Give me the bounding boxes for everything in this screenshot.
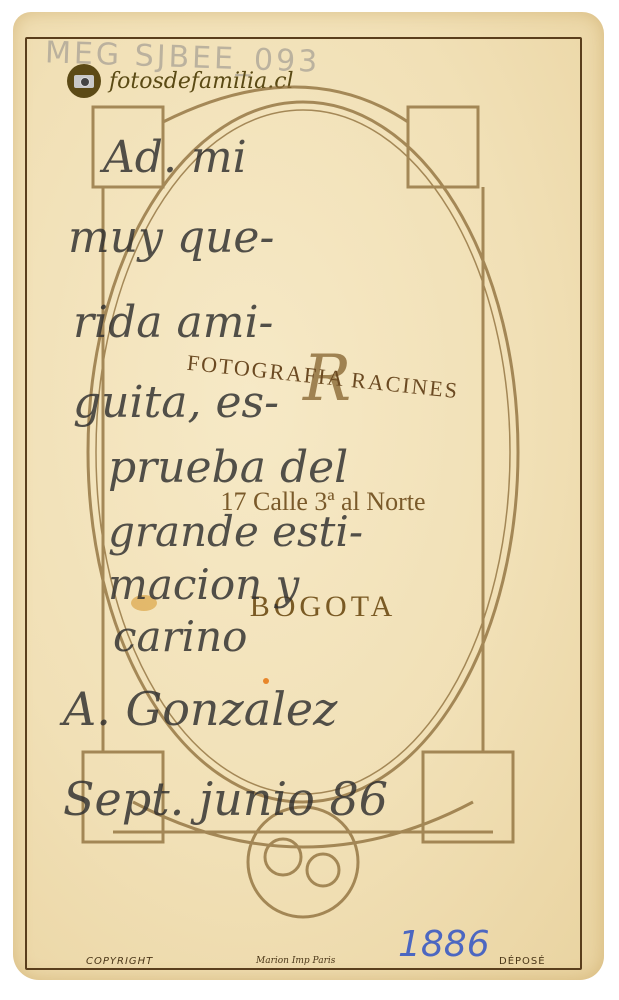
handwriting-line: muy que- (68, 212, 274, 263)
copyright-label: COPYRIGHT (86, 956, 153, 967)
handwriting-line: macion y (108, 560, 299, 609)
year-annotation: 1886 (398, 924, 490, 965)
handwriting-line: carino (113, 612, 247, 661)
handwriting-line: guita, es- (73, 377, 279, 428)
handwriting-line: A. Gonzalez (63, 682, 337, 736)
handwriting-line: prueba del (108, 442, 348, 493)
handwriting-line: grande esti- (108, 507, 363, 556)
depose-label: DÉPOSÉ (499, 956, 546, 967)
photo-card-back: MEG SJBEE_093 fotosdefamilia.cl R FOTOGR… (13, 12, 604, 980)
printer-label: Marion Imp Paris (256, 956, 335, 966)
handwriting-line: rida ami- (73, 297, 273, 348)
handwriting-line: Ad. mi (103, 132, 247, 183)
handwriting-line: Sept. junio 86 (63, 772, 388, 826)
